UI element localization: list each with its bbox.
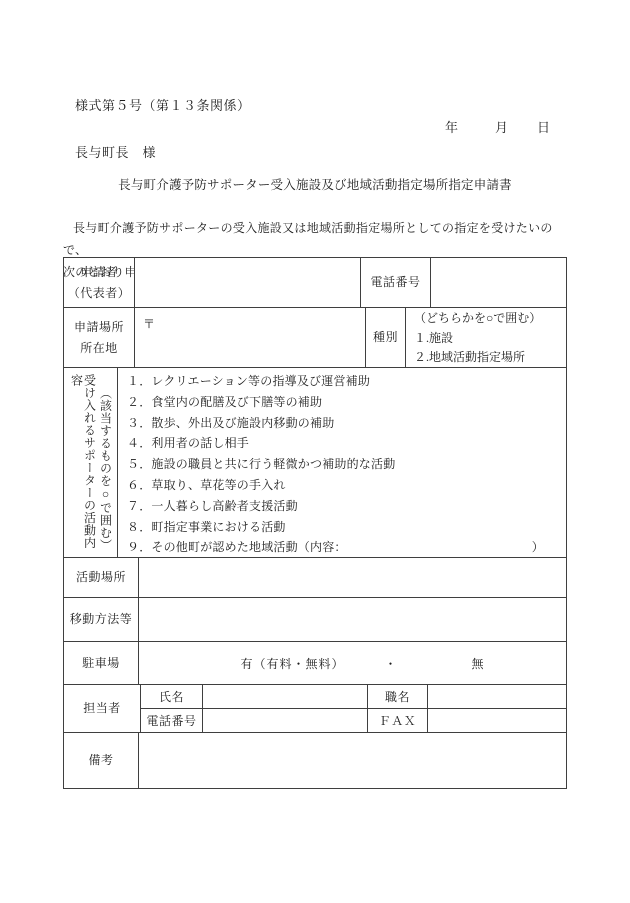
date-year-label: 年 [445, 117, 458, 136]
parking-option-yes: 有（有料・無料） [240, 655, 344, 672]
contact-name-input-area[interactable] [203, 685, 368, 708]
contact-row: 担当者 氏名 職名 電話番号 ＦＡＸ [64, 685, 566, 733]
contact-title-label: 職名 [368, 685, 428, 708]
activities-row: 受け入れるサポーターの活動内容 （該当するものを○で囲む） １．レクリエーション… [64, 368, 566, 558]
contact-phone-subrow: 電話番号 ＦＡＸ [141, 709, 566, 732]
location-label-line1: 申請場所 [74, 317, 124, 338]
remarks-row: 備考 [64, 733, 566, 788]
activity-item-9: ９．その他町が認めた地域活動（内容： ） [127, 537, 566, 558]
remarks-label: 備考 [64, 733, 139, 788]
type-options: （どちらかを○で囲む） １.施設 ２.地域活動指定場所 [406, 308, 566, 367]
contact-name-subrow: 氏名 職名 [141, 685, 566, 709]
contact-name-label: 氏名 [141, 685, 203, 708]
parking-option-no: 無 [472, 655, 485, 672]
contact-phone-label: 電話番号 [141, 709, 203, 732]
type-option-facility: １.施設 [414, 329, 566, 349]
contact-fax-input-area[interactable] [428, 709, 566, 732]
applicant-row: 申請者 （代表者） 電話番号 [64, 258, 566, 308]
applicant-label-line2: （代表者） [68, 283, 131, 304]
activity-item-9-close-paren: ） [532, 537, 544, 558]
remarks-input-area[interactable] [139, 733, 566, 788]
activity-item-4: ４．利用者の話し相手 [127, 433, 566, 454]
intro-line-1: 長与町介護予防サポーターの受入施設又は地域活動指定場所としての指定を受けたいので… [63, 217, 569, 261]
parking-options: 有（有料・無料） ・ 無 [139, 642, 566, 684]
location-label-line2: 所在地 [80, 338, 118, 359]
activity-item-3: ３．散歩、外出及び施設内移動の補助 [127, 413, 566, 434]
activities-list: １．レクリエーション等の指導及び運営補助 ２．食堂内の配膳及び下膳等の補助 ３．… [118, 368, 566, 557]
location-label: 申請場所 所在地 [64, 308, 135, 367]
type-note: （どちらかを○で囲む） [414, 309, 566, 329]
type-label: 種別 [366, 308, 406, 367]
type-option-community: ２.地域活動指定場所 [414, 348, 566, 368]
addressee: 長与町長 様 [75, 142, 156, 161]
activity-place-input-area[interactable] [139, 558, 566, 597]
address-input-area[interactable]: 〒 [135, 308, 366, 367]
parking-row: 駐車場 有（有料・無料） ・ 無 [64, 642, 566, 685]
transport-row: 移動方法等 [64, 598, 566, 642]
contact-phone-input-area[interactable] [203, 709, 368, 732]
transport-label: 移動方法等 [64, 598, 139, 641]
transport-input-area[interactable] [139, 598, 566, 641]
activities-label-text: 受け入れるサポーターの活動内容 [70, 374, 96, 557]
activities-label-note: （該当するものを○で囲む） [99, 374, 112, 557]
contact-label: 担当者 [64, 685, 141, 732]
activities-vertical-label: 受け入れるサポーターの活動内容 （該当するものを○で囲む） [64, 368, 118, 557]
date-day-label: 日 [537, 117, 550, 136]
applicant-phone-input-area[interactable] [431, 258, 566, 307]
activity-place-label: 活動場所 [64, 558, 139, 597]
activity-item-7: ７．一人暮らし高齢者支援活動 [127, 496, 566, 517]
postal-mark: 〒 [143, 317, 155, 331]
application-form-table: 申請者 （代表者） 電話番号 申請場所 所在地 〒 種別 （どちらかを○で囲む）… [63, 257, 567, 789]
applicant-label: 申請者 （代表者） [64, 258, 135, 307]
applicant-input-area[interactable] [135, 258, 361, 307]
activity-item-5: ５．施設の職員と共に行う軽微かつ補助的な活動 [127, 454, 566, 475]
activity-item-1: １．レクリエーション等の指導及び運営補助 [127, 371, 566, 392]
applicant-label-line1: 申請者 [80, 262, 118, 283]
contact-title-input-area[interactable] [428, 685, 566, 708]
activity-item-2: ２．食堂内の配膳及び下膳等の補助 [127, 392, 566, 413]
parking-label: 駐車場 [64, 642, 139, 684]
document-page: 様式第５号（第１３条関係） 年 月 日 長与町長 様 長与町介護予防サポーター受… [0, 0, 630, 903]
document-title: 長与町介護予防サポーター受入施設及び地域活動指定場所指定申請書 [0, 175, 630, 193]
date-month-label: 月 [495, 117, 508, 136]
activity-item-6: ６．草取り、草花等の手入れ [127, 475, 566, 496]
applicant-phone-label: 電話番号 [361, 258, 431, 307]
contact-subtable: 氏名 職名 電話番号 ＦＡＸ [141, 685, 566, 732]
location-row: 申請場所 所在地 〒 種別 （どちらかを○で囲む） １.施設 ２.地域活動指定場… [64, 308, 566, 368]
activity-item-9-text: ９．その他町が認めた地域活動（内容： [127, 537, 347, 558]
activity-place-row: 活動場所 [64, 558, 566, 598]
form-number: 様式第５号（第１３条関係） [75, 95, 251, 114]
contact-fax-label: ＦＡＸ [368, 709, 428, 732]
parking-separator: ・ [384, 655, 397, 672]
activity-item-8: ８．町指定事業における活動 [127, 517, 566, 538]
